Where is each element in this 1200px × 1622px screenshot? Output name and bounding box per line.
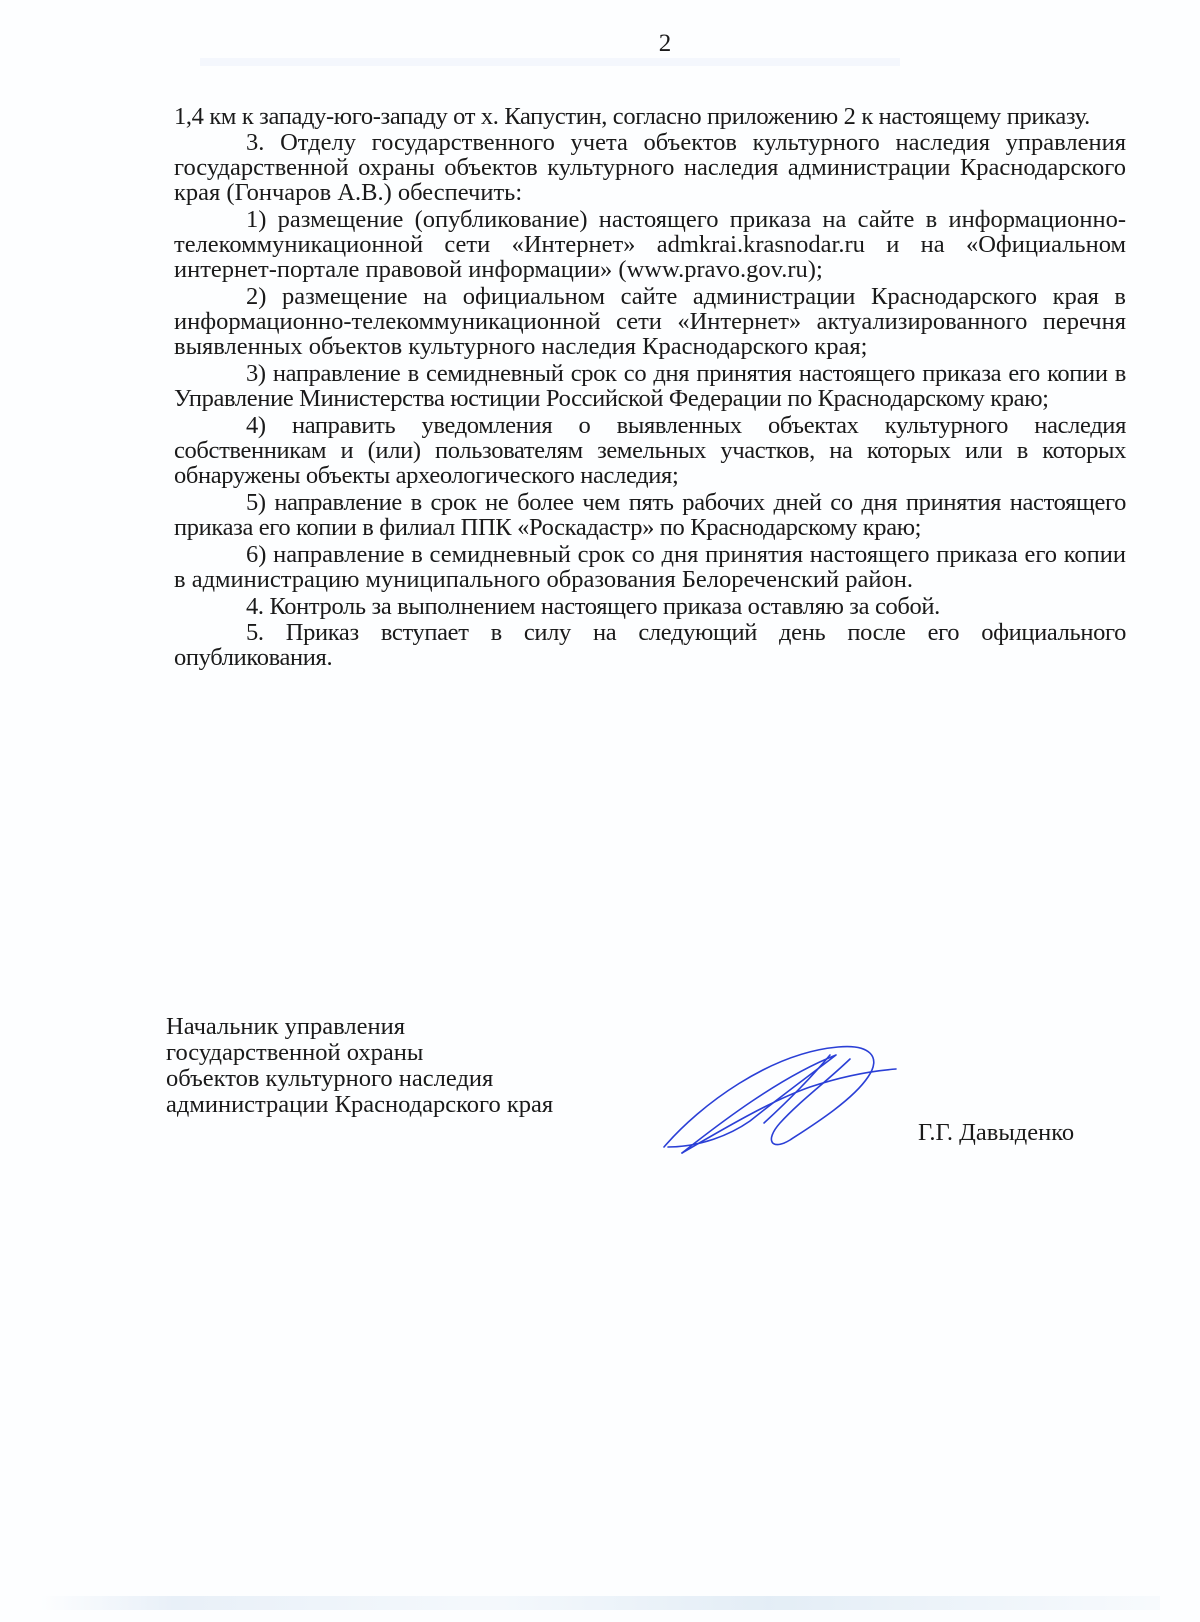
paragraph-item-5: 5. Приказ вступает в силу на следующий д…: [174, 620, 1126, 670]
handwritten-signature: [660, 1035, 900, 1165]
page-number: 2: [0, 30, 1200, 58]
paragraph-subitem-2: 2) размещение на официальном сайте админ…: [174, 284, 1126, 359]
paragraph-item-3: 3. Отделу государственного учета объекто…: [174, 130, 1126, 205]
position-line: администрации Краснодарского края: [166, 1092, 553, 1118]
position-line: государственной охраны: [166, 1040, 553, 1066]
position-line: объектов культурного наследия: [166, 1066, 553, 1092]
scan-artifact: [40, 1596, 1160, 1610]
paragraph-subitem-6: 6) направление в семидневный срок со дня…: [174, 542, 1126, 592]
document-body: 1,4 км к западу-юго-западу от х. Капусти…: [174, 104, 1126, 670]
paragraph-location-continuation: 1,4 км к западу-юго-западу от х. Капусти…: [174, 104, 1126, 129]
paragraph-subitem-5: 5) направление в срок не более чем пять …: [174, 490, 1126, 540]
paragraph-subitem-4: 4) направить уведомления о выявленных об…: [174, 413, 1126, 488]
signer-name: Г.Г. Давыденко: [918, 1119, 1074, 1147]
paragraph-item-4: 4. Контроль за выполнением настоящего пр…: [174, 594, 1126, 619]
document-page: 2 1,4 км к западу-юго-западу от х. Капус…: [0, 0, 1200, 1622]
paragraph-subitem-3: 3) направление в семидневный срок со дня…: [174, 361, 1126, 411]
paragraph-subitem-1: 1) размещение (опубликование) настоящего…: [174, 207, 1126, 282]
signature-position-block: Начальник управления государственной охр…: [166, 1014, 553, 1118]
position-line: Начальник управления: [166, 1014, 553, 1040]
scan-artifact: [200, 58, 900, 66]
